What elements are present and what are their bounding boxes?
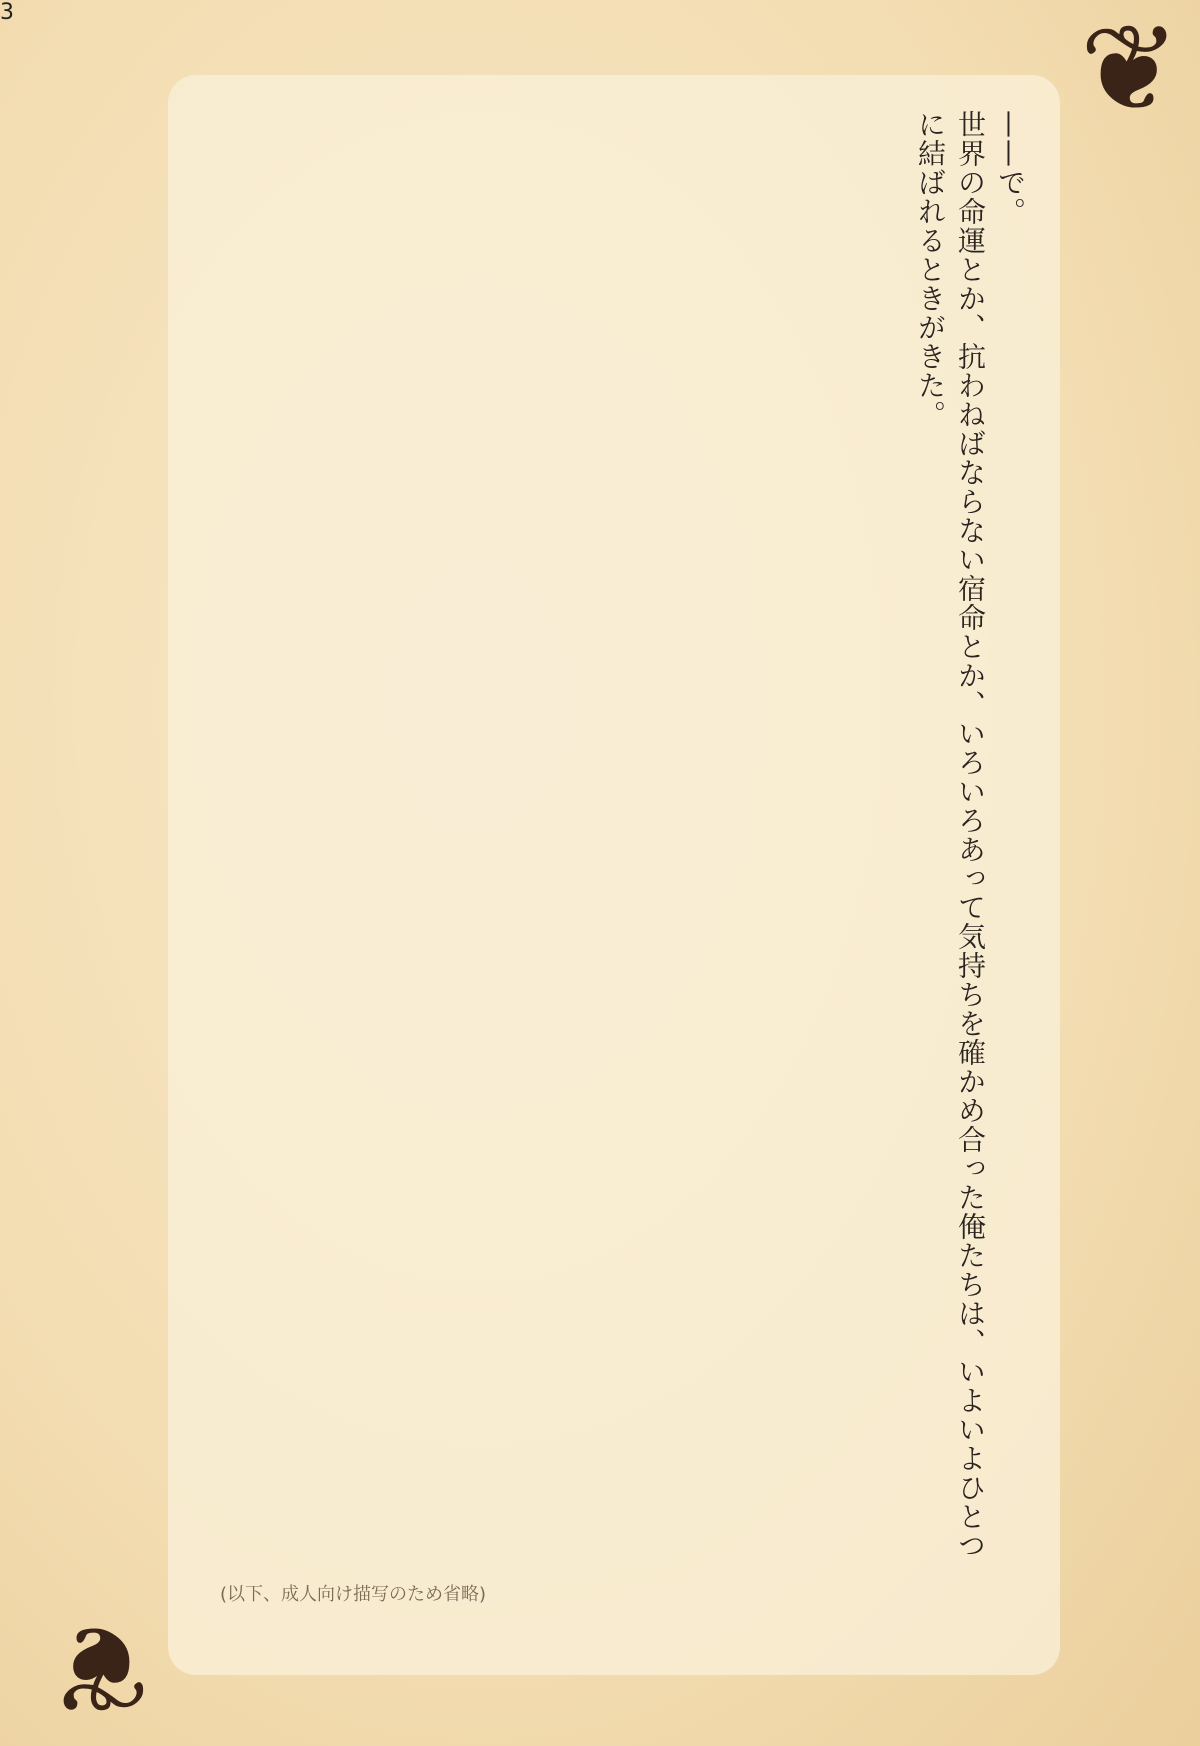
vertical-body-text: ——で。 世界の命運とか、抗わねばならない宿命とか、いろいろあって気持ちを確かめ…: [200, 110, 1030, 1560]
page-number: 3: [0, 0, 14, 25]
omitted-note: (以下、成人向け描写のため省略): [220, 1580, 486, 1606]
text-column: ——で。: [990, 110, 1030, 1560]
text-column: 世界の命運とか、抗わねばならない宿命とか、いろいろあって気持ちを確かめ合った俺た…: [910, 110, 990, 1560]
corner-ornament-icon: ❦: [1079, 10, 1180, 130]
corner-ornament-icon: ❦: [50, 1606, 151, 1726]
